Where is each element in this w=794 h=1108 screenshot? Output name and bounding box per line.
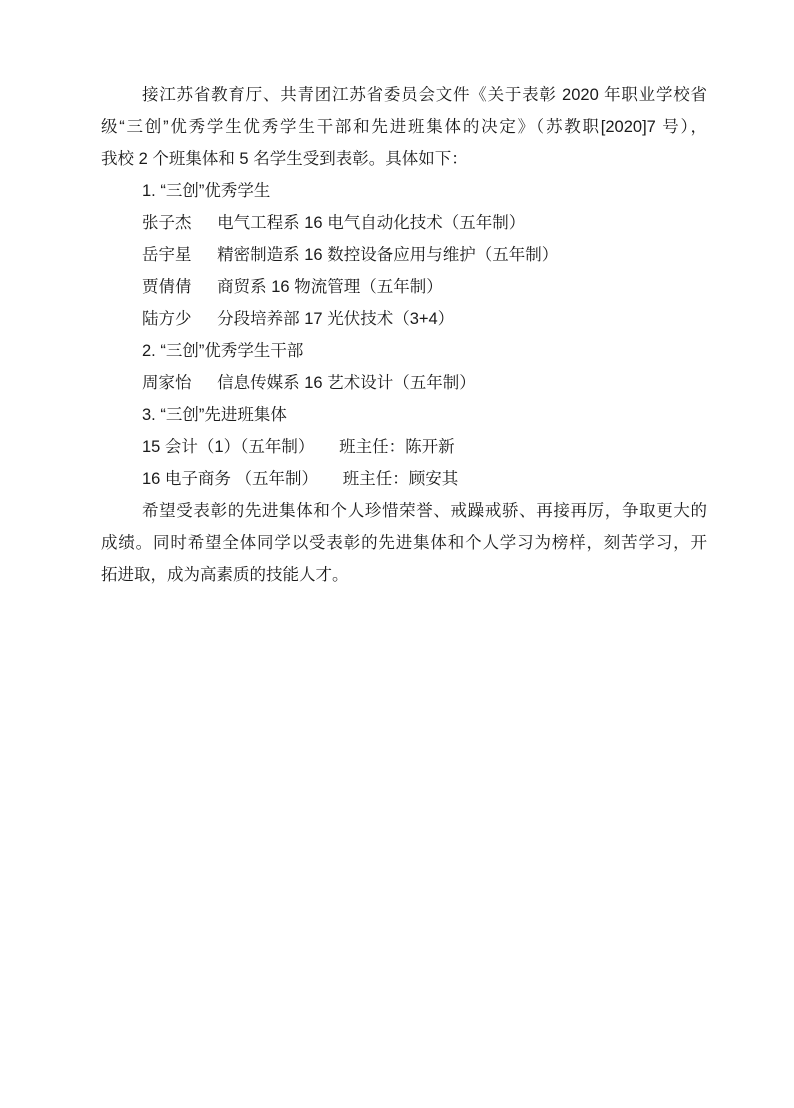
intro-line-1: 接江苏省教育厅、共青团江苏省委员会文件《关于表彰 2020 年职业学校省 [101,79,707,111]
document-content: 接江苏省教育厅、共青团江苏省委员会文件《关于表彰 2020 年职业学校省 级“三… [0,0,794,591]
section-2-heading: 2. “三创”优秀学生干部 [101,335,707,367]
section-1-heading: 1. “三创”优秀学生 [101,175,707,207]
closing-line-3: 拓进取，成为高素质的技能人才。 [101,559,707,591]
intro-line-3: 我校 2 个班集体和 5 名学生受到表彰。具体如下： [101,143,707,175]
document-page: 接江苏省教育厅、共青团江苏省委员会文件《关于表彰 2020 年职业学校省 级“三… [0,0,794,1108]
award-item-student-2: 岳宇星 精密制造系 16 数控设备应用与维护（五年制） [101,239,707,271]
award-item-student-4: 陆方少 分段培养部 17 光伏技术（3+4） [101,303,707,335]
section-3-heading: 3. “三创”先进班集体 [101,399,707,431]
award-item-student-1: 张子杰 电气工程系 16 电气自动化技术（五年制） [101,207,707,239]
award-item-class-2: 16 电子商务 （五年制） 班主任：顾安其 [101,463,707,495]
award-item-student-3: 贾倩倩 商贸系 16 物流管理（五年制） [101,271,707,303]
award-item-cadre-1: 周家怡 信息传媒系 16 艺术设计（五年制） [101,367,707,399]
award-item-class-1: 15 会计（1）（五年制） 班主任：陈开新 [101,431,707,463]
closing-line-1: 希望受表彰的先进集体和个人珍惜荣誉、戒躁戒骄、再接再厉，争取更大的 [101,495,707,527]
intro-line-2: 级“三创”优秀学生优秀学生干部和先进班集体的决定》（苏教职[2020]7 号）， [101,111,707,143]
closing-line-2: 成绩。同时希望全体同学以受表彰的先进集体和个人学习为榜样，刻苦学习，开 [101,527,707,559]
